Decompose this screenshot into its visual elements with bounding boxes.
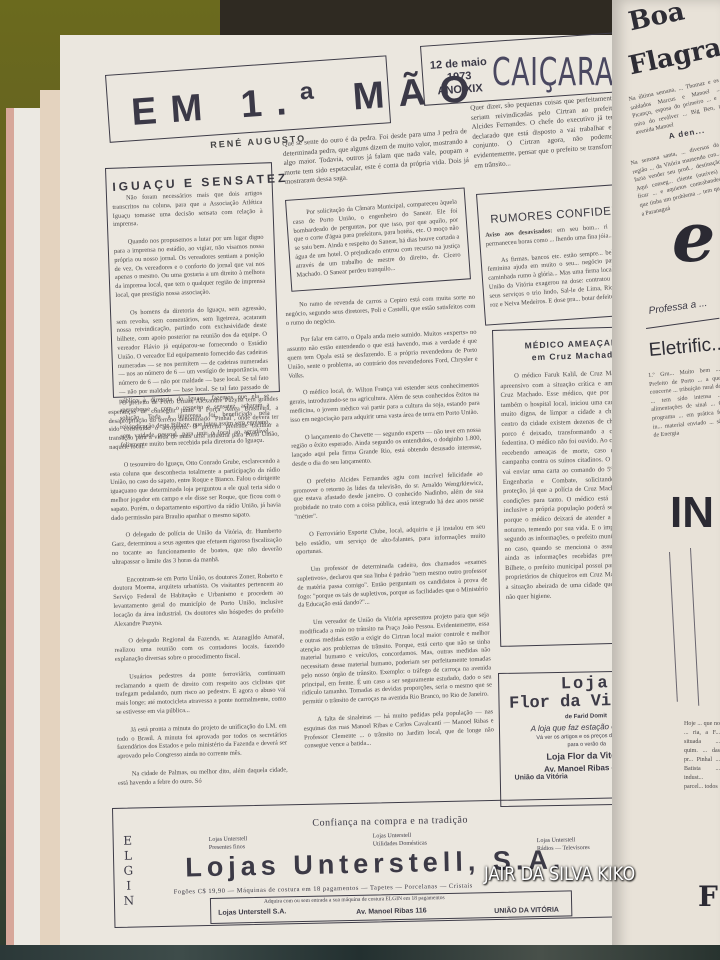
paragraph: O Ferroviário Esporte Clube, local, adqu… [295,523,486,558]
photo-watermark: JAIR DA SILVA KIKO [484,863,635,885]
issue-dateline: 12 de maio 1973 ANO XIX [428,56,491,99]
paragraph: Usuários pedestres da ponte ferroviária,… [115,669,286,717]
paragraph: O delegado Regional da Fazenda, sr. Atan… [114,634,285,665]
paragraph: Já está pronta a minuta do projeto de un… [117,722,288,762]
column2-notes: No ramo de revenda de carros a Cepiro es… [285,294,495,761]
paragraph: Por falar em carro, o Opala anda meio su… [287,329,479,381]
ad-unterstell-city: UNIÃO DA VITÓRIA [494,907,559,915]
facing-text-3: 1.º Gru... Muito bem ... Prefeito de Por… [648,366,720,444]
facing-text-4: Hoje ... que no ... ria, a F... situada … [684,720,720,840]
ad-unterstell-sub-mid: Lojas UnterstellUtilidades Domésticas [373,831,427,848]
facing-logo-letter: e [672,198,715,278]
paragraph: Na cidade de Palmas, ou melhor dito, alé… [118,766,288,788]
ad-unterstell-company: Lojas Unterstell S.A. [218,908,286,916]
ad-unterstell-address: Av. Manoel Ribas 116 [356,907,427,915]
paragraph: O prefeito Alcides Fernandes agiu com in… [293,470,485,522]
newspaper-name: CAIÇARA [492,50,614,94]
paragraph: Um professor de determinada cadeira, dos… [297,559,489,611]
paragraph: O lançamento do Chevette — segundo exper… [291,426,482,469]
paragraph: Não foram necessários mais que dois arti… [112,190,263,230]
paragraph: As firmas, bancos etc. estão sempre... b… [487,248,625,310]
paragraph: O delegado de polícia de União da Vitóri… [111,528,282,568]
facing-big-letters: IN [670,488,714,538]
paragraph: Quando nos propusemos a lutar por um lug… [114,234,266,301]
paragraph: O prefeito de Porto União, Alexandre Puz… [108,396,279,453]
paragraph: Encontram-se em Porto União, os doutores… [113,572,284,629]
article-body-rumores: Aviso aos desavisados: em seu bom... ri … [485,223,626,320]
background-carpet [0,945,720,960]
caicara-intro-text: Quer dizer, são pequenas coisas que perf… [470,94,619,171]
column1-notes: O prefeito de Porto União, Alexandre Puz… [108,396,288,798]
article-body-camara: Por solicitação da Câmara Municipal, com… [292,198,462,280]
facing-bottom-letter: F [698,880,718,913]
ad-unterstell-headline: Confiança na compra e na tradição [312,815,468,829]
ad-unterstell-sub-left: Lojas UnterstellPresentes finos [209,835,248,852]
ad-unterstell-brand-left: ELGIN [121,834,137,909]
paragraph: Um vereador de União da Vitória apresent… [299,612,493,708]
paragraph: A falta de sinaleiras — há muito pedidas… [303,708,494,751]
paragraph: O tesoureiro do Iguaçu, Otto Conrado Gru… [110,457,282,523]
paragraph: O médico local, dr. Wilton França vai es… [289,382,480,425]
